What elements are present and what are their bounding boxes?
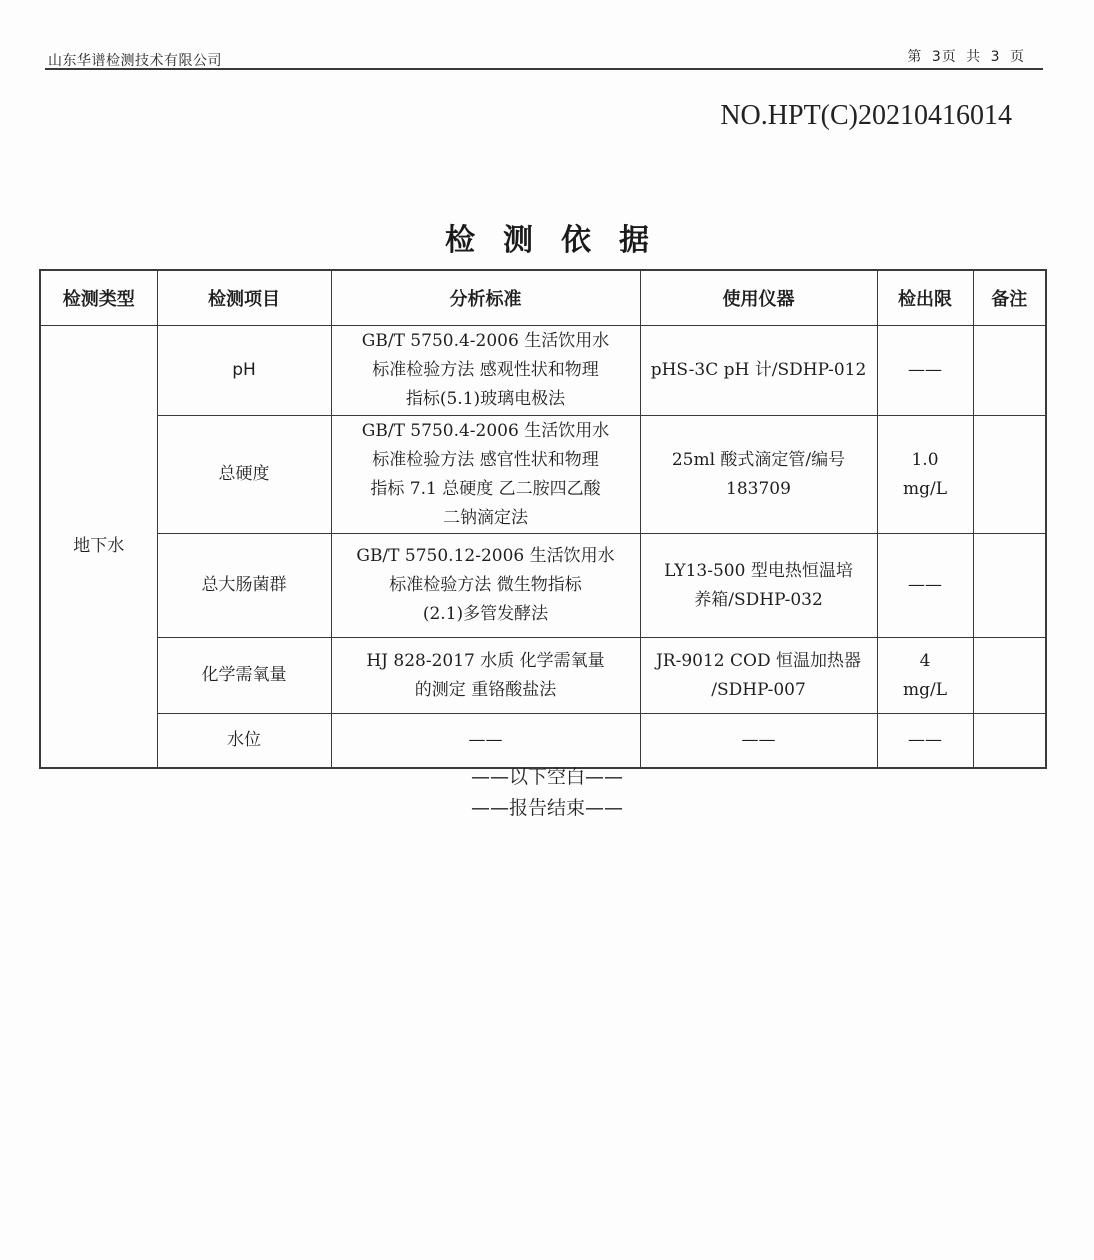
remark-cell [973, 416, 1046, 534]
item-cell: 化学需氧量 [157, 638, 331, 714]
column-header-type: 检测类型 [40, 270, 157, 326]
instrument-text: —— [647, 726, 871, 755]
report-footer: ——以下空白—— ——报告结束—— [0, 762, 1094, 824]
column-header-instrument: 使用仪器 [640, 270, 877, 326]
standard-cell: —— [331, 714, 640, 768]
table-row: 总硬度 GB/T 5750.4-2006 生活饮用水 标准检验方法 感官性状和物… [40, 416, 1046, 534]
table-header-row: 检测类型 检测项目 分析标准 使用仪器 检出限 备注 [40, 270, 1046, 326]
limit-cell: —— [877, 326, 973, 416]
instrument-text: JR-9012 COD 恒温加热器 /SDHP-007 [647, 647, 871, 705]
instrument-cell: 25ml 酸式滴定管/编号 183709 [640, 416, 877, 534]
report-number: NO.HPT(C)20210416014 [720, 100, 1012, 132]
limit-cell: —— [877, 714, 973, 768]
limit-cell: 4 mg/L [877, 638, 973, 714]
table-row: 总大肠菌群 GB/T 5750.12-2006 生活饮用水 标准检验方法 微生物… [40, 534, 1046, 638]
remark-cell [973, 534, 1046, 638]
column-header-standard: 分析标准 [331, 270, 640, 326]
standard-cell: HJ 828-2017 水质 化学需氧量 的测定 重铬酸盐法 [331, 638, 640, 714]
testing-basis-table: 检测类型 检测项目 分析标准 使用仪器 检出限 备注 地下水 pH GB/T 5… [39, 269, 1047, 769]
limit-cell: 1.0 mg/L [877, 416, 973, 534]
instrument-text: 25ml 酸式滴定管/编号 183709 [647, 446, 871, 504]
instrument-text: LY13-500 型电热恒温培 养箱/SDHP-032 [647, 557, 871, 615]
limit-text: —— [884, 571, 967, 600]
instrument-text: pHS-3C pH 计/SDHP-012 [647, 356, 871, 385]
column-header-remark: 备注 [973, 270, 1046, 326]
remark-cell [973, 326, 1046, 416]
table-row: 化学需氧量 HJ 828-2017 水质 化学需氧量 的测定 重铬酸盐法 JR-… [40, 638, 1046, 714]
page-header: 山东华谱检测技术有限公司 第 3页 共 3 页 [45, 48, 1043, 70]
item-cell: pH [157, 326, 331, 416]
instrument-cell: LY13-500 型电热恒温培 养箱/SDHP-032 [640, 534, 877, 638]
detection-type-cell: 地下水 [40, 326, 157, 768]
blank-below-note: ——以下空白—— [0, 762, 1094, 793]
limit-text: —— [884, 726, 967, 755]
column-header-item: 检测项目 [157, 270, 331, 326]
limit-text: 4 mg/L [884, 647, 967, 705]
standard-text: —— [338, 726, 634, 755]
standard-text: GB/T 5750.4-2006 生活饮用水 标准检验方法 感官性状和物理 指标… [338, 417, 634, 533]
remark-cell [973, 714, 1046, 768]
standard-cell: GB/T 5750.4-2006 生活饮用水 标准检验方法 感官性状和物理 指标… [331, 416, 640, 534]
report-end-note: ——报告结束—— [0, 793, 1094, 824]
item-cell: 总硬度 [157, 416, 331, 534]
item-cell: 水位 [157, 714, 331, 768]
standard-cell: GB/T 5750.4-2006 生活饮用水 标准检验方法 感观性状和物理 指标… [331, 326, 640, 416]
column-header-limit: 检出限 [877, 270, 973, 326]
instrument-cell: pHS-3C pH 计/SDHP-012 [640, 326, 877, 416]
limit-cell: —— [877, 534, 973, 638]
item-cell: 总大肠菌群 [157, 534, 331, 638]
standard-text: GB/T 5750.4-2006 生活饮用水 标准检验方法 感观性状和物理 指标… [338, 327, 634, 414]
page-title: 检测依据 [0, 215, 1094, 259]
table-row: 地下水 pH GB/T 5750.4-2006 生活饮用水 标准检验方法 感观性… [40, 326, 1046, 416]
instrument-cell: JR-9012 COD 恒温加热器 /SDHP-007 [640, 638, 877, 714]
table-row: 水位 —— —— —— [40, 714, 1046, 768]
page-indicator: 第 3页 共 3 页 [907, 46, 1025, 66]
standard-text: HJ 828-2017 水质 化学需氧量 的测定 重铬酸盐法 [338, 647, 634, 705]
standard-cell: GB/T 5750.12-2006 生活饮用水 标准检验方法 微生物指标 (2.… [331, 534, 640, 638]
limit-text: 1.0 mg/L [884, 446, 967, 504]
remark-cell [973, 638, 1046, 714]
instrument-cell: —— [640, 714, 877, 768]
company-name: 山东华谱检测技术有限公司 [48, 50, 222, 70]
limit-text: —— [884, 356, 967, 385]
standard-text: GB/T 5750.12-2006 生活饮用水 标准检验方法 微生物指标 (2.… [338, 542, 634, 629]
